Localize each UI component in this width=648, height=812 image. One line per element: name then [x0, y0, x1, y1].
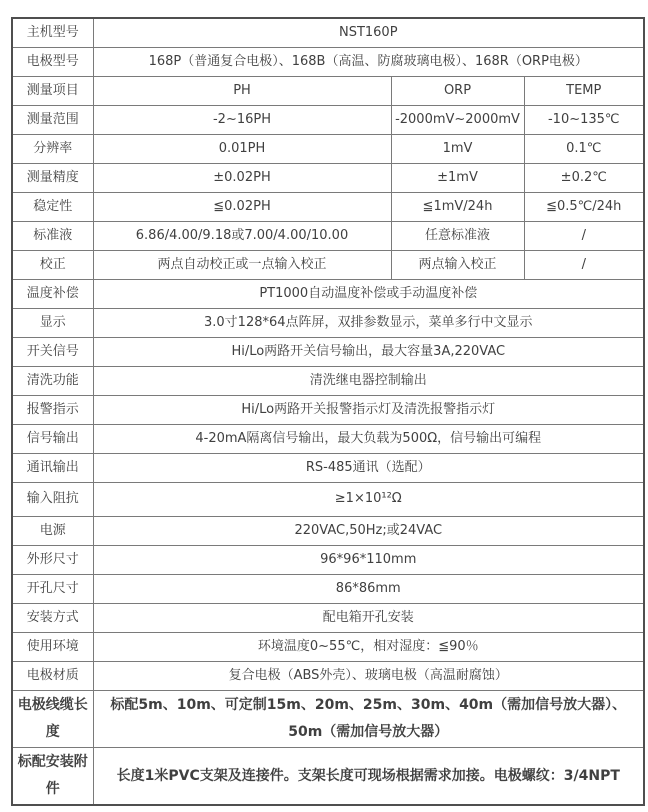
table-row: 电极型号 168P（普通复合电极）、168B（高温、防腐玻璃电极）、168R（O…	[12, 48, 644, 77]
table-row: 电源 220VAC,50Hz;或24VAC	[12, 517, 644, 546]
row-value: 清洗继电器控制输出	[93, 367, 644, 396]
table-row: 主机型号 NST160P	[12, 18, 644, 48]
cell-orp: -2000mV~2000mV	[391, 106, 524, 135]
cell-ph: 6.86/4.00/9.18或7.00/4.00/10.00	[93, 222, 391, 251]
cell-orp: ≦1mV/24h	[391, 193, 524, 222]
cell-temp: /	[524, 251, 644, 280]
row-label: 温度补偿	[12, 280, 93, 309]
row-label: 输入阻抗	[12, 483, 93, 517]
table-row: 标准液 6.86/4.00/9.18或7.00/4.00/10.00 任意标准液…	[12, 222, 644, 251]
cell-temp: ≦0.5℃/24h	[524, 193, 644, 222]
row-value: 长度1米PVC支架及连接件。支架长度可现场根据需求加接。电极螺纹：3/4NPT	[93, 748, 644, 806]
row-label: 开关信号	[12, 338, 93, 367]
table-row: 报警指示 Hi/Lo两路开关报警指示灯及清洗报警指示灯	[12, 396, 644, 425]
row-label: 使用环境	[12, 633, 93, 662]
table-row: 测量项目 PH ORP TEMP	[12, 77, 644, 106]
cell-temp: -10~135℃	[524, 106, 644, 135]
table-row: 标配安装附件 长度1米PVC支架及连接件。支架长度可现场根据需求加接。电极螺纹：…	[12, 748, 644, 806]
row-label: 测量范围	[12, 106, 93, 135]
cell-temp: 0.1℃	[524, 135, 644, 164]
table-row: 测量精度 ±0.02PH ±1mV ±0.2℃	[12, 164, 644, 193]
row-label: 电源	[12, 517, 93, 546]
row-label: 电极材质	[12, 662, 93, 691]
row-value: Hi/Lo两路开关信号输出，最大容量3A,220VAC	[93, 338, 644, 367]
table-row: 外形尺寸 96*96*110mm	[12, 546, 644, 575]
row-value: 4-20mA隔离信号输出，最大负载为500Ω，信号输出可编程	[93, 425, 644, 454]
row-label: 标配安装附件	[12, 748, 93, 806]
row-label: 分辨率	[12, 135, 93, 164]
row-value: Hi/Lo两路开关报警指示灯及清洗报警指示灯	[93, 396, 644, 425]
row-label: 电极型号	[12, 48, 93, 77]
row-label: 电极线缆长度	[12, 691, 93, 748]
row-value: 复合电极（ABS外壳）、玻璃电极（高温耐腐蚀）	[93, 662, 644, 691]
row-label: 测量项目	[12, 77, 93, 106]
cell-orp: ±1mV	[391, 164, 524, 193]
row-label: 标准液	[12, 222, 93, 251]
cell-ph: ±0.02PH	[93, 164, 391, 193]
table-row: 显示 3.0寸128*64点阵屏，双排参数显示，菜单多行中文显示	[12, 309, 644, 338]
table-row: 开关信号 Hi/Lo两路开关信号输出，最大容量3A,220VAC	[12, 338, 644, 367]
cell-temp: TEMP	[524, 77, 644, 106]
table-row: 温度补偿 PT1000自动温度补偿或手动温度补偿	[12, 280, 644, 309]
cell-ph: PH	[93, 77, 391, 106]
table-row: 校正 两点自动校正或一点输入校正 两点输入校正 /	[12, 251, 644, 280]
table-row: 通讯输出 RS-485通讯（选配）	[12, 454, 644, 483]
table-row: 电极线缆长度 标配5m、10m、可定制15m、20m、25m、30m、40m（需…	[12, 691, 644, 748]
row-value: 96*96*110mm	[93, 546, 644, 575]
table-row: 清洗功能 清洗继电器控制输出	[12, 367, 644, 396]
row-value: 86*86mm	[93, 575, 644, 604]
cell-ph: ≦0.02PH	[93, 193, 391, 222]
row-value: NST160P	[93, 18, 644, 48]
row-label: 测量精度	[12, 164, 93, 193]
cell-orp: ORP	[391, 77, 524, 106]
table-row: 输入阻抗 ≥1×10¹²Ω	[12, 483, 644, 517]
spec-sheet: 主机型号 NST160P 电极型号 168P（普通复合电极）、168B（高温、防…	[11, 17, 645, 806]
cell-temp: ±0.2℃	[524, 164, 644, 193]
cell-ph: 两点自动校正或一点输入校正	[93, 251, 391, 280]
table-row: 测量范围 -2~16PH -2000mV~2000mV -10~135℃	[12, 106, 644, 135]
row-label: 清洗功能	[12, 367, 93, 396]
cell-orp: 任意标准液	[391, 222, 524, 251]
row-value: 3.0寸128*64点阵屏，双排参数显示，菜单多行中文显示	[93, 309, 644, 338]
row-value: ≥1×10¹²Ω	[93, 483, 644, 517]
row-value: PT1000自动温度补偿或手动温度补偿	[93, 280, 644, 309]
table-row: 电极材质 复合电极（ABS外壳）、玻璃电极（高温耐腐蚀）	[12, 662, 644, 691]
row-label: 报警指示	[12, 396, 93, 425]
cell-ph: -2~16PH	[93, 106, 391, 135]
row-label: 校正	[12, 251, 93, 280]
cell-ph: 0.01PH	[93, 135, 391, 164]
row-value: 220VAC,50Hz;或24VAC	[93, 517, 644, 546]
row-value: 环境温度0~55℃，相对湿度：≦90％	[93, 633, 644, 662]
cell-temp: /	[524, 222, 644, 251]
row-label: 开孔尺寸	[12, 575, 93, 604]
row-label: 显示	[12, 309, 93, 338]
table-row: 分辨率 0.01PH 1mV 0.1℃	[12, 135, 644, 164]
row-value: RS-485通讯（选配）	[93, 454, 644, 483]
row-label: 主机型号	[12, 18, 93, 48]
row-value: 标配5m、10m、可定制15m、20m、25m、30m、40m（需加信号放大器）…	[93, 691, 644, 748]
row-label: 信号输出	[12, 425, 93, 454]
row-label: 安装方式	[12, 604, 93, 633]
spec-table: 主机型号 NST160P 电极型号 168P（普通复合电极）、168B（高温、防…	[11, 17, 645, 806]
row-label: 稳定性	[12, 193, 93, 222]
row-value: 168P（普通复合电极）、168B（高温、防腐玻璃电极）、168R（ORP电极）	[93, 48, 644, 77]
table-row: 信号输出 4-20mA隔离信号输出，最大负载为500Ω，信号输出可编程	[12, 425, 644, 454]
cell-orp: 两点输入校正	[391, 251, 524, 280]
table-row: 使用环境 环境温度0~55℃，相对湿度：≦90％	[12, 633, 644, 662]
table-row: 开孔尺寸 86*86mm	[12, 575, 644, 604]
row-value: 配电箱开孔安装	[93, 604, 644, 633]
cell-orp: 1mV	[391, 135, 524, 164]
table-row: 安装方式 配电箱开孔安装	[12, 604, 644, 633]
table-row: 稳定性 ≦0.02PH ≦1mV/24h ≦0.5℃/24h	[12, 193, 644, 222]
row-label: 外形尺寸	[12, 546, 93, 575]
row-label: 通讯输出	[12, 454, 93, 483]
